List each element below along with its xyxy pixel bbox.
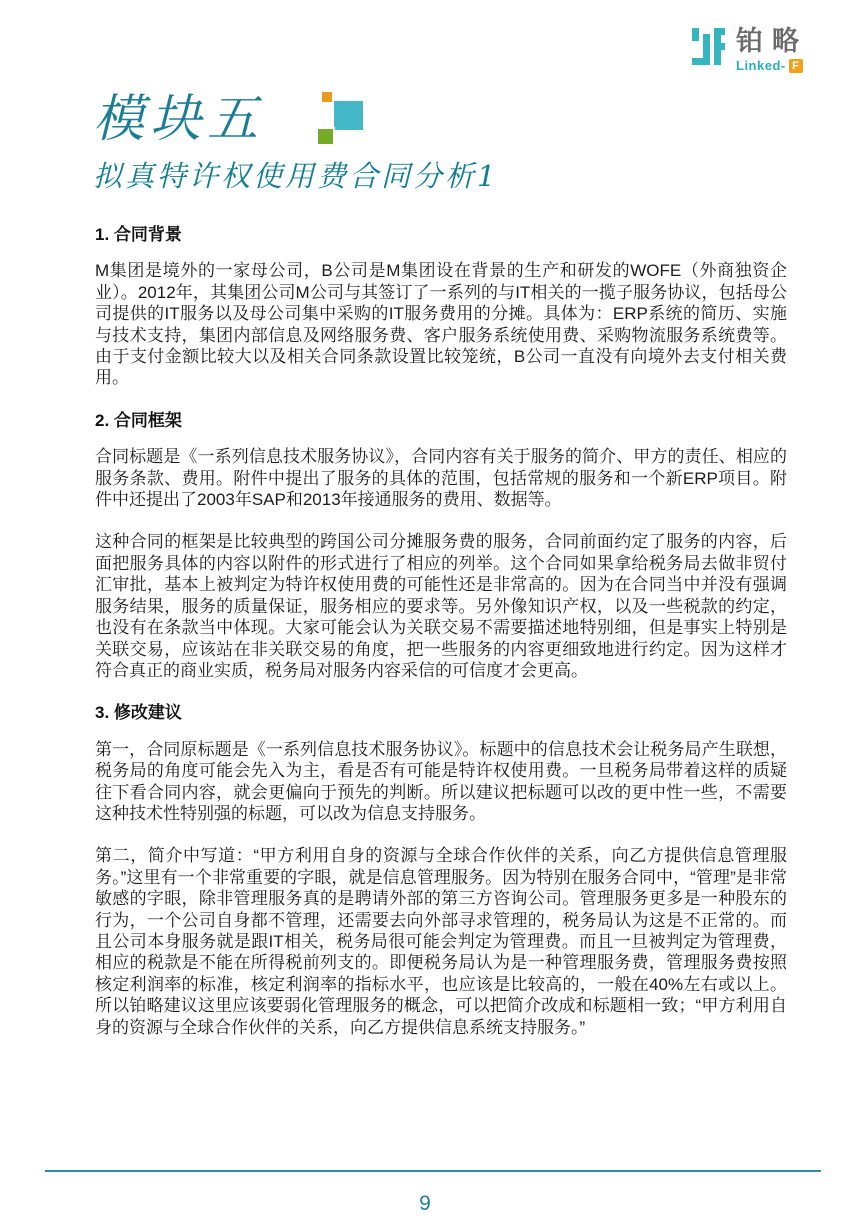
linked-f-monogram-icon <box>692 27 725 65</box>
document-page: 铂略 Linked- F 模块五 拟真特许权使用费合同分析1 1. 合同背景 M… <box>0 0 850 1228</box>
section-heading-1: 1. 合同背景 <box>95 224 787 245</box>
brand-en-prefix: Linked- <box>736 58 786 73</box>
brand-f-badge: F <box>789 59 803 73</box>
section-2-paragraph: 这种合同的框架是比较典型的跨国公司分摊服务费的服务，合同前面约定了服务的内容，后… <box>95 531 787 681</box>
section-1-paragraph: M集团是境外的一家母公司，B公司是M集团设在背景的生产和研发的WOFE（外商独资… <box>95 260 787 388</box>
brand-text: 铂略 Linked- F <box>736 27 808 73</box>
module-title: 模块五 <box>93 92 264 148</box>
footer-divider <box>45 1170 821 1172</box>
deco-square-green <box>318 129 333 144</box>
brand-name-en: Linked- F <box>736 58 808 73</box>
section-3-paragraph: 第二，简介中写道：“甲方利用自身的资源与全球合作伙伴的关系，向乙方提供信息管理服… <box>95 845 787 1038</box>
section-2-paragraph: 合同标题是《一系列信息技术服务协议》，合同内容有关于服务的简介、甲方的责任、相应… <box>95 446 787 510</box>
deco-square-orange <box>322 92 332 102</box>
brand-logo: 铂略 Linked- F <box>692 27 808 73</box>
page-number: 9 <box>0 1192 850 1216</box>
section-heading-3: 3. 修改建议 <box>95 702 787 723</box>
document-body: 1. 合同背景 M集团是境外的一家母公司，B公司是M集团设在背景的生产和研发的W… <box>95 224 787 1059</box>
section-heading-2: 2. 合同框架 <box>95 410 787 431</box>
section-3-paragraph: 第一，合同原标题是《一系列信息技术服务协议》。标题中的信息技术会让税务局产生联想… <box>95 739 787 825</box>
deco-square-blue <box>334 101 363 130</box>
brand-name-cn: 铂略 <box>736 27 808 55</box>
page-subtitle: 拟真特许权使用费合同分析1 <box>93 157 498 195</box>
